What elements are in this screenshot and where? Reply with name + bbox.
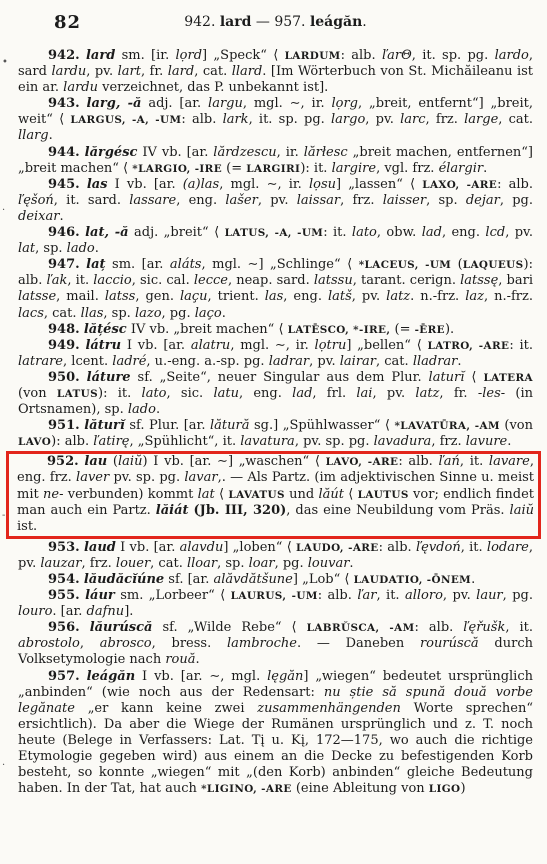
dictionary-entry-942: 942. lard sm. [ir. lọrd] „Speck“ ⟨ LARDU…: [18, 48, 533, 96]
dictionary-entry-949: 949. látru I vb. [ar. alatru, mgl. ∼, ir…: [18, 338, 533, 370]
dictionary-entry-953: 953. laud I vb. [ar. alavdu] „loben“ ⟨ L…: [18, 540, 533, 572]
dictionary-entry-946: 946. lat, -ă adj. „breit“ ⟨ LATUS, -A, -…: [18, 225, 533, 257]
highlight-box: 952. lau (laiŭ) I vb. [ar. ∼] „waschen“ …: [6, 451, 541, 538]
dictionary-entry-944: 944. lărgésc IV vb. [ar. lărdzescu, ir. …: [18, 145, 533, 177]
dictionary-entry-957: 957. leágăn I vb. [ar. ∼, mgl. lęgăn] „w…: [18, 669, 533, 798]
dictionary-entry-947: 947. laț sm. [ar. aláts, mgl. ∼] „Schlin…: [18, 257, 533, 321]
scan-artifact-mark: -: [2, 510, 5, 521]
dictionary-entry-951: 951. lăturĭ sf. Plur. [ar. lătură sg.] „…: [18, 418, 533, 450]
dictionary-entry-955: 955. láur sm. „Lorbeer“ ⟨ LAURUS, -UM: a…: [18, 588, 533, 620]
dictionary-entry-945: 945. las I vb. [ar. (a)las, mgl. ∼, ir. …: [18, 177, 533, 225]
dictionary-entry-950: 950. láture sf. „Seite“, neuer Singular …: [18, 370, 533, 418]
book-page: 82 942. lard — 957. leágăn. 942. lard sm…: [0, 0, 547, 864]
dictionary-entry-948: 948. lățésc IV vb. „breit machen“ ⟨ LATĒ…: [18, 322, 533, 338]
dictionary-entry-952: 952. lau (laiŭ) I vb. [ar. ∼] „waschen“ …: [17, 454, 534, 534]
page-header: 82 942. lard — 957. leágăn.: [18, 12, 533, 36]
dictionary-entry-956: 956. lăurúscă sf. „Wilde Rebe“ ⟨ LABRŬSC…: [18, 620, 533, 668]
scan-artifact-mark: •: [2, 57, 8, 68]
running-title: 942. lard — 957. leágăn.: [18, 14, 533, 30]
dictionary-entry-943: 943. larg, -ă adj. [ar. largu, mgl. ∼, i…: [18, 96, 533, 144]
scan-artifact-mark: ·: [2, 760, 5, 771]
dictionary-entry-954: 954. lăudăcĭúne sf. [ar. alăvdătšune] „L…: [18, 572, 533, 588]
entries-container: 942. lard sm. [ir. lọrd] „Speck“ ⟨ LARDU…: [18, 48, 533, 797]
scan-artifact-mark: ·: [2, 205, 5, 216]
